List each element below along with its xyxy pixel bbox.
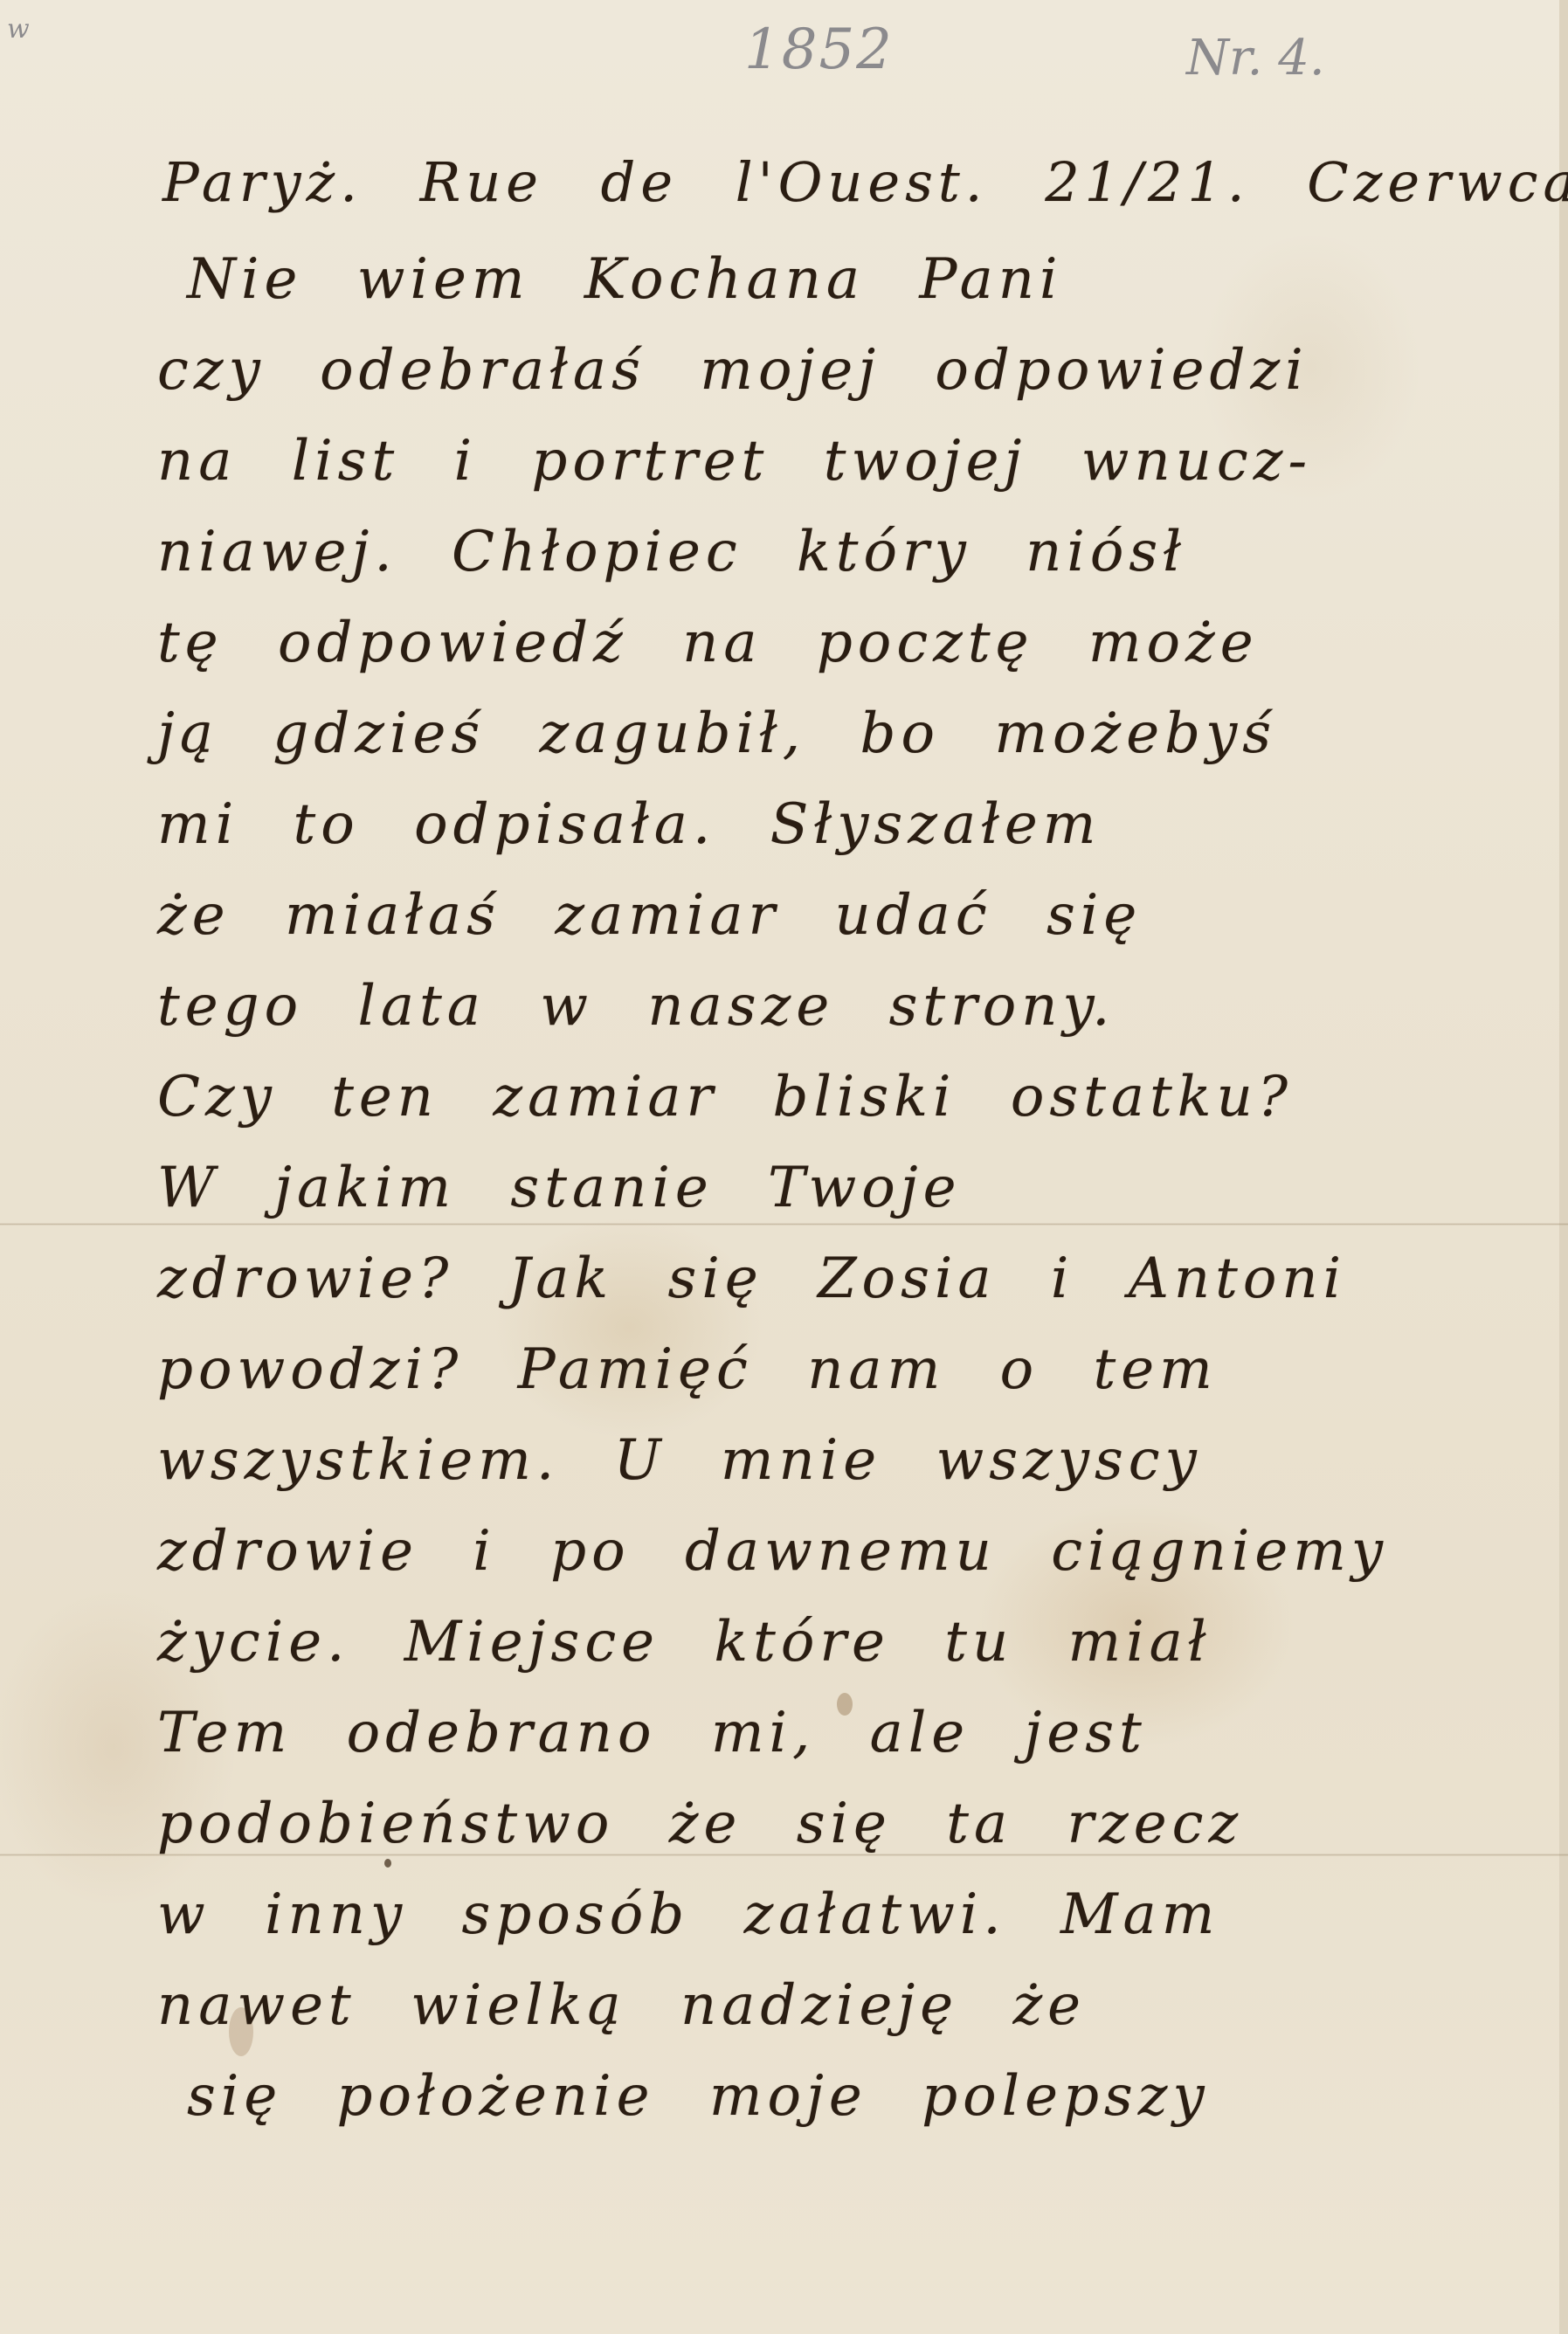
letter-page: w 1852 Nr. 4. Paryż. Rue de l'Ouest. 21/… [0, 0, 1568, 2334]
letter-line: podobieństwo że się ta rzecz [157, 1778, 1537, 1869]
letter-line: Czy ten zamiar bliski ostatku? [157, 1052, 1537, 1143]
letter-line: czy odebrałaś mojej odpowiedzi [157, 325, 1537, 416]
letter-line: zdrowie? Jak się Zosia i Antoni [157, 1233, 1537, 1324]
archival-year-mark: 1852 [744, 17, 894, 82]
letter-line: w inny sposób załatwi. Mam [157, 1869, 1537, 1960]
letter-header-place-date: Paryż. Rue de l'Ouest. 21/21. Czerwca. [162, 131, 1537, 234]
letter-line: się położenie moje polepszy [187, 2051, 1537, 2142]
letter-line: że miałaś zamiar udać się [157, 870, 1537, 961]
archival-corner-mark: w [7, 14, 30, 45]
letter-line: tego lata w nasze strony. [157, 961, 1537, 1052]
letter-line: mi to odpisała. Słyszałem [157, 779, 1537, 870]
archival-number-mark: Nr. 4. [1186, 30, 1325, 86]
letter-line: wszystkiem. U mnie wszyscy [157, 1415, 1537, 1506]
letter-line: ją gdzieś zagubił, bo możebyś [157, 688, 1537, 779]
letter-body: Paryż. Rue de l'Ouest. 21/21. Czerwca. N… [157, 131, 1537, 2142]
letter-line: życie. Miejsce które tu miał [157, 1597, 1537, 1688]
letter-line: na list i portret twojej wnucz- [157, 416, 1537, 507]
letter-line: niawej. Chłopiec który niósł [157, 507, 1537, 597]
letter-line: Nie wiem Kochana Pani [187, 234, 1537, 325]
letter-line: nawet wielką nadzieję że [157, 1960, 1537, 2051]
letter-line: zdrowie i po dawnemu ciągniemy [157, 1506, 1537, 1597]
letter-line: powodzi? Pamięć nam o tem [157, 1324, 1537, 1415]
letter-line: tę odpowiedź na pocztę może [157, 597, 1537, 688]
letter-line: W jakim stanie Twoje [157, 1143, 1537, 1233]
letter-line: Tem odebrano mi, ale jest [157, 1688, 1537, 1778]
